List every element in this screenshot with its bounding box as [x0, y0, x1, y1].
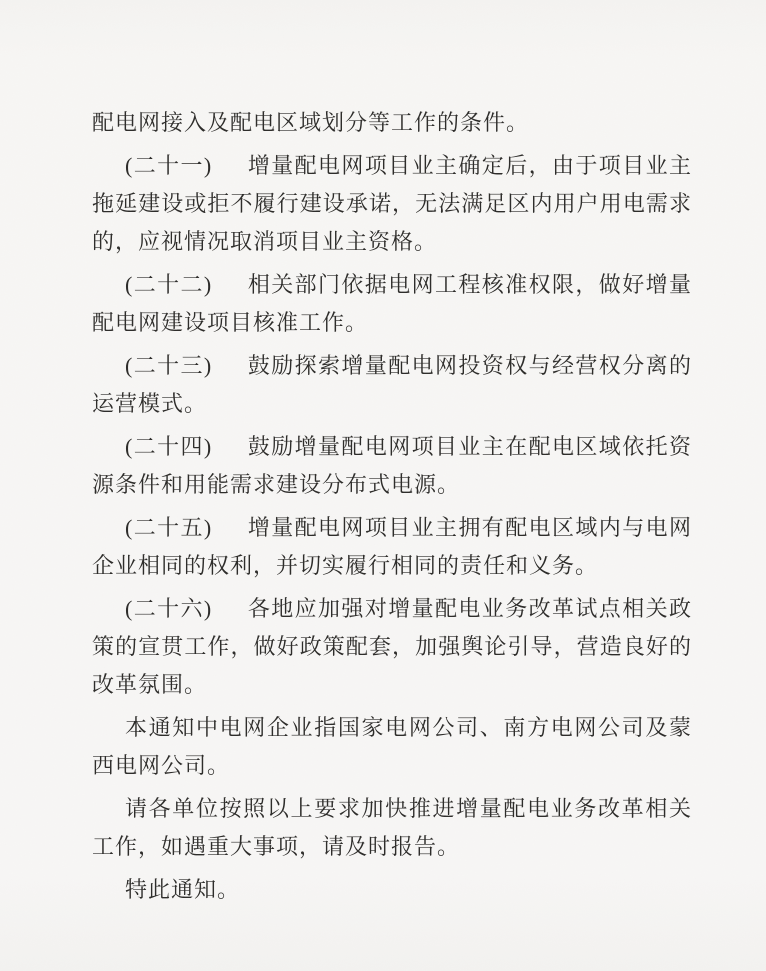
paragraph-text: 本通知中电网企业指国家电网公司、南方电网公司及蒙西电网公司。	[92, 715, 692, 778]
paragraph-text: 配电网接入及配电区域划分等工作的条件。	[92, 110, 529, 135]
paragraph-text: 请各单位按照以上要求加快推进增量配电业务改革相关工作，如遇重大事项，请及时报告。	[92, 796, 692, 859]
document-body: 配电网接入及配电区域划分等工作的条件。(二十一)增量配电网项目业主确定后，由于项…	[92, 104, 692, 914]
paragraph-text: 特此通知。	[125, 877, 240, 902]
paragraph: (二十六)各地应加强对增量配电业务改革试点相关政策的宣贯工作，做好政策配套，加强…	[92, 590, 692, 704]
paragraph: (二十四)鼓励增量配电网项目业主在配电区域依托资源条件和用能需求建设分布式电源。	[92, 428, 692, 504]
item-number: (二十二)	[125, 272, 212, 297]
paragraph: 本通知中电网企业指国家电网公司、南方电网公司及蒙西电网公司。	[92, 709, 692, 785]
item-number: (二十四)	[125, 434, 212, 459]
scanned-document-page: 配电网接入及配电区域划分等工作的条件。(二十一)增量配电网项目业主确定后，由于项…	[0, 0, 766, 971]
paragraph: (二十二)相关部门依据电网工程核准权限，做好增量配电网建设项目核准工作。	[92, 266, 692, 342]
paragraph: (二十三)鼓励探索增量配电网投资权与经营权分离的运营模式。	[92, 347, 692, 423]
paragraph: (二十一)增量配电网项目业主确定后，由于项目业主拖延建设或拒不履行建设承诺，无法…	[92, 147, 692, 261]
item-number: (二十六)	[125, 596, 212, 621]
paragraph: 配电网接入及配电区域划分等工作的条件。	[92, 104, 692, 142]
item-number: (二十一)	[125, 153, 212, 178]
paragraph: 请各单位按照以上要求加快推进增量配电业务改革相关工作，如遇重大事项，请及时报告。	[92, 790, 692, 866]
paragraph: (二十五)增量配电网项目业主拥有配电区域内与电网企业相同的权利，并切实履行相同的…	[92, 509, 692, 585]
item-number: (二十五)	[125, 515, 212, 540]
paragraph: 特此通知。	[92, 871, 692, 909]
item-number: (二十三)	[125, 353, 212, 378]
